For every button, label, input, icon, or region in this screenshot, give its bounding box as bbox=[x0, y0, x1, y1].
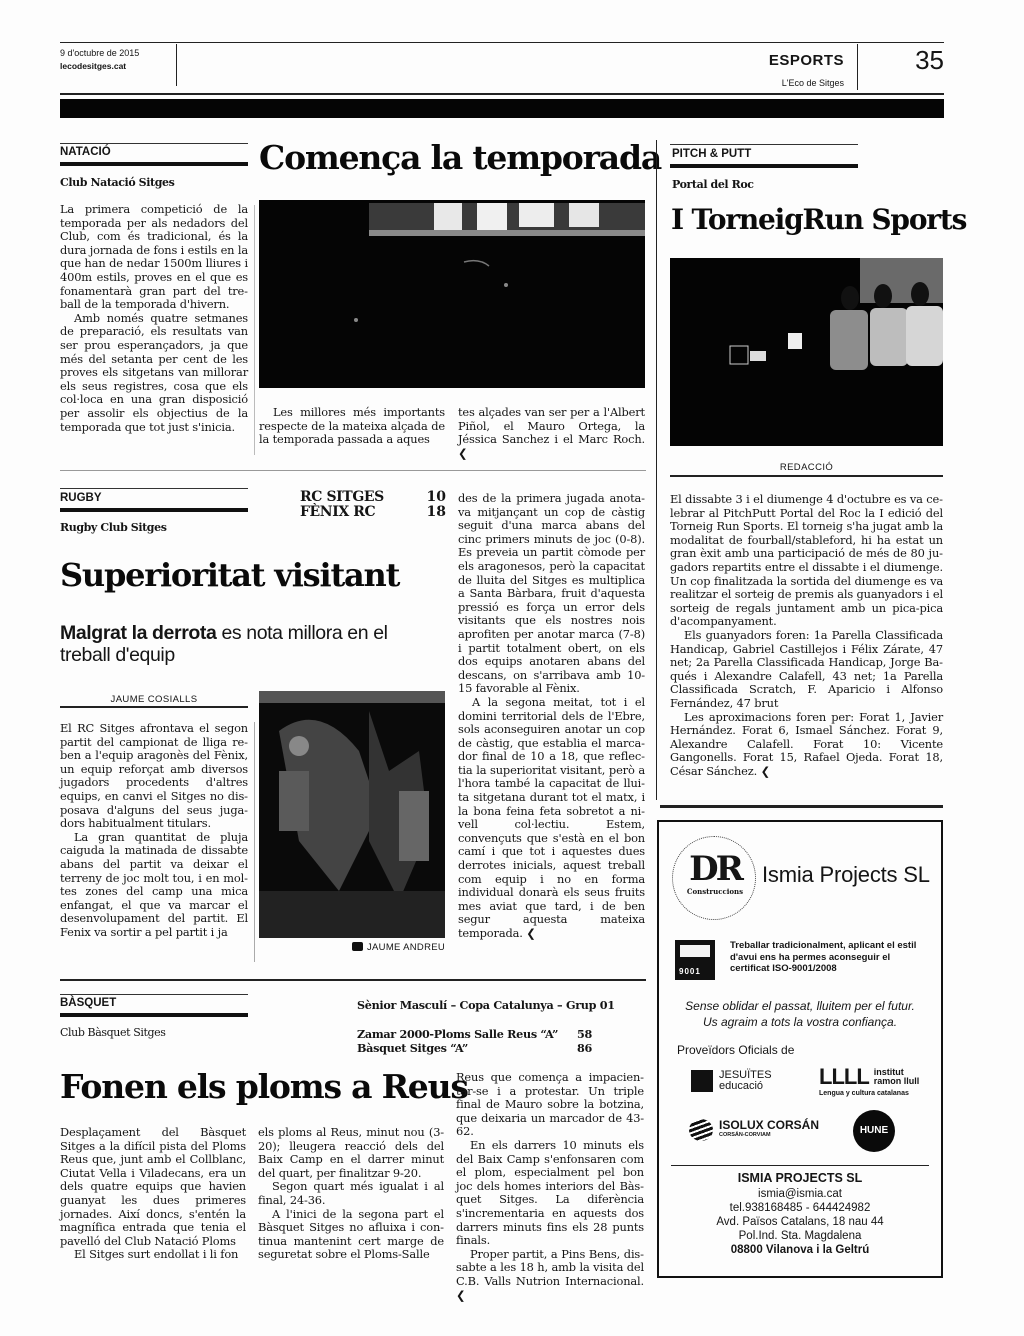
article-body-col3: Reus que comença a impacien­tar-se i a p… bbox=[456, 1071, 644, 1302]
providers-label: Proveïdors Oficials de bbox=[677, 1043, 794, 1057]
team-score: 58 bbox=[577, 1027, 592, 1041]
byline: REDACCIÓ bbox=[670, 462, 943, 473]
camera-icon bbox=[352, 942, 363, 951]
rugby-photo bbox=[259, 691, 445, 938]
team-score: 18 bbox=[427, 505, 446, 520]
score-row: FÈNIX RC 18 bbox=[300, 505, 446, 520]
address-line: Pol.Ind. Sta. Magdalena bbox=[659, 1229, 941, 1243]
team-name: FÈNIX RC bbox=[300, 505, 375, 520]
scoreboard: RC SITGES 10 FÈNIX RC 18 bbox=[300, 490, 446, 520]
headline: Fonen els ploms a Reus bbox=[60, 1067, 468, 1106]
email-link[interactable]: ismia@ismia.cat bbox=[659, 1187, 941, 1201]
paragraph: El dissabte 3 i el diumenge 4 d'octubre … bbox=[670, 493, 943, 629]
section-rule bbox=[670, 144, 858, 145]
paragraph: La gran quantitat de pluja caiguda la ma… bbox=[60, 831, 248, 940]
paragraph: La primera competició de la temporada pe… bbox=[60, 203, 248, 312]
section-rule-thick bbox=[60, 162, 248, 166]
paper-name: L'Eco de Sitges bbox=[782, 78, 844, 88]
city: 08800 Vilanova i la Geltrú bbox=[659, 1243, 941, 1257]
logo-letters: DR bbox=[673, 851, 757, 887]
masthead-divider-right bbox=[857, 44, 858, 90]
team-name: Bàsquet Sitges “A” bbox=[357, 1041, 468, 1055]
end-of-article-icon: ❮ bbox=[761, 764, 770, 778]
column-divider bbox=[254, 722, 255, 962]
section-rule-thick bbox=[670, 164, 858, 168]
score-row: Bàsquet Sitges “A” 86 bbox=[357, 1041, 592, 1055]
section-rule bbox=[60, 488, 248, 489]
team-name: RC SITGES bbox=[300, 490, 384, 505]
scoreboard: Zamar 2000-Ploms Salle Reus “A” 58 Bàsqu… bbox=[357, 1027, 592, 1055]
paragraph: Reus que comença a impacien­tar-se i a p… bbox=[456, 1071, 644, 1139]
paragraph: A la segona meitat, tot i el domini terr… bbox=[458, 696, 645, 941]
article-body: El dissabte 3 i el diumenge 4 d'octubre … bbox=[670, 493, 943, 778]
rugby-lineout-image bbox=[259, 691, 445, 938]
paragraph: Les aproximacions foren per: Forat 1, Ja… bbox=[670, 711, 943, 779]
headline: Comença la temporada bbox=[259, 138, 661, 177]
headline: I TorneigRun Sports bbox=[671, 203, 966, 236]
section-title: ESPORTS bbox=[769, 52, 844, 69]
article-body-col2: des de la primera jugada anota­va mitjan… bbox=[458, 492, 645, 941]
slogan: Sense oblidar el passat, lluitem per el … bbox=[659, 998, 941, 1030]
score-row: RC SITGES 10 bbox=[300, 490, 446, 505]
paragraph: Proper partit, a Pins Bens, dis­sabte a … bbox=[456, 1248, 644, 1302]
byline-rule bbox=[670, 475, 943, 477]
section-label-natacio: NATACIÓ bbox=[60, 146, 111, 158]
team-score: 10 bbox=[427, 490, 446, 505]
contact-company: ISMIA PROJECTS SL bbox=[659, 1171, 941, 1185]
subheadline: Malgrat la derrota es nota millora en el… bbox=[60, 622, 390, 666]
ad-top-rule bbox=[660, 805, 943, 808]
issue-date: 9 d'octubre de 2015 bbox=[60, 48, 139, 58]
column-divider-right bbox=[656, 140, 657, 800]
section-rule bbox=[60, 143, 248, 144]
section-rule-thick bbox=[60, 508, 248, 512]
byline: JAUME COSIALLS bbox=[60, 694, 248, 705]
isolux-logo-icon bbox=[689, 1119, 713, 1141]
club-name: Club Bàsquet Sitges bbox=[60, 1026, 165, 1039]
iso-text: Treballar tradicionalment, aplicant el e… bbox=[730, 940, 930, 975]
address-line: Avd. Països Catalans, 18 nau 44 bbox=[659, 1215, 941, 1229]
tournament-photo bbox=[670, 258, 943, 446]
masthead-bottom-rule bbox=[60, 93, 944, 95]
paragraph: El RC Sitges afrontava el segon partit d… bbox=[60, 722, 248, 831]
section-separator bbox=[60, 470, 646, 471]
article-body-col2: els ploms al Reus, minut nou (3-20); lle… bbox=[258, 1126, 444, 1262]
end-of-article-icon: ❮ bbox=[458, 446, 467, 460]
advertisement-ismia[interactable]: DR Construccions Ismia Projects SL 9001 … bbox=[657, 820, 943, 1278]
headline: Superioritat visitant bbox=[60, 556, 399, 594]
section-label-pitch-putt: PITCH & PUTT bbox=[672, 148, 751, 160]
paragraph: En els darrers 10 minuts els del Baix Ca… bbox=[456, 1139, 644, 1248]
photo-caption-col1: Les millores més importants respecte de … bbox=[259, 406, 445, 447]
section-label-basquet: BÀSQUET bbox=[60, 997, 116, 1009]
winners-group-image bbox=[670, 258, 943, 446]
byline-rule bbox=[60, 706, 248, 708]
team-name: Zamar 2000-Ploms Salle Reus “A” bbox=[357, 1027, 558, 1041]
paragraph: Amb només quatre setmanes de preparació,… bbox=[60, 312, 248, 434]
provider-ramon-llull: LLLL institut ramon llull Lengua y cultu… bbox=[819, 1064, 919, 1097]
paragraph: des de la primera jugada anota­va mitjan… bbox=[458, 492, 645, 696]
paragraph: Els guanyadors foren: 1a Parella Classif… bbox=[670, 629, 943, 711]
provider-hune: HUNE bbox=[853, 1110, 895, 1152]
swimming-photo bbox=[259, 200, 645, 388]
provider-isolux-corsan: ISOLUX CORSÁN CORSÁN-CORVIAM bbox=[689, 1119, 819, 1141]
article-body-col1: El RC Sitges afrontava el segon partit d… bbox=[60, 722, 248, 940]
provider-jesuites: JESUÏTES educació bbox=[691, 1070, 772, 1092]
paragraph: El Sitges surt endollat i li fon bbox=[60, 1248, 246, 1262]
club-name: Rugby Club Sitges bbox=[60, 521, 166, 534]
jesuites-logo-icon bbox=[691, 1070, 713, 1092]
club-name: Portal del Roc bbox=[672, 178, 754, 191]
team-score: 86 bbox=[577, 1041, 592, 1055]
section-rule-thick bbox=[60, 1013, 248, 1017]
section-separator bbox=[60, 979, 646, 981]
iso-certification-badge: 9001 bbox=[675, 940, 715, 980]
column-divider bbox=[254, 205, 255, 455]
club-name: Club Natació Sitges bbox=[60, 176, 174, 189]
contact-block: ISMIA PROJECTS SL ismia@ismia.cat tel.93… bbox=[659, 1171, 941, 1257]
masthead-top-rule bbox=[60, 42, 944, 43]
paragraph: A l'inici de la segona part el Bàsquet S… bbox=[258, 1208, 444, 1262]
end-of-article-icon: ❮ bbox=[526, 926, 535, 940]
website-link[interactable]: lecodesitges.cat bbox=[60, 61, 126, 71]
section-banner-bar bbox=[60, 99, 944, 118]
article-body: La primera competició de la temporada pe… bbox=[60, 203, 248, 434]
ad-divider bbox=[671, 1165, 929, 1166]
company-name: Ismia Projects SL bbox=[762, 862, 930, 888]
section-label-rugby: RUGBY bbox=[60, 492, 102, 504]
end-of-article-icon: ❮ bbox=[456, 1288, 465, 1302]
article-body-col1: Desplaçament del Bàsquet Sitges a la dif… bbox=[60, 1126, 246, 1262]
photo-caption-col2: tes alçades van ser per a l'Albert Piñol… bbox=[458, 406, 645, 460]
paragraph: els ploms al Reus, minut nou (3-20); lle… bbox=[258, 1126, 444, 1180]
llull-mark-icon: LLLL bbox=[819, 1064, 869, 1090]
logo-subtitle: Construccions bbox=[673, 887, 757, 896]
page-number: 35 bbox=[915, 45, 944, 76]
paragraph: Desplaçament del Bàsquet Sitges a la dif… bbox=[60, 1126, 246, 1248]
competition-label: Sènior Masculí – Copa Catalunya – Grup 0… bbox=[357, 998, 615, 1012]
photo-credit: JAUME ANDREU bbox=[352, 942, 445, 953]
score-row: Zamar 2000-Ploms Salle Reus “A” 58 bbox=[357, 1027, 592, 1041]
dr-construccions-logo: DR Construccions bbox=[672, 836, 756, 920]
phone: tel.938168485 - 644424982 bbox=[659, 1201, 941, 1215]
pool-scene-image bbox=[259, 200, 645, 388]
masthead-divider-left bbox=[176, 44, 177, 86]
paragraph: Segon quart més igualat i al fi­nal, 24-… bbox=[258, 1180, 444, 1207]
section-rule bbox=[60, 994, 248, 995]
